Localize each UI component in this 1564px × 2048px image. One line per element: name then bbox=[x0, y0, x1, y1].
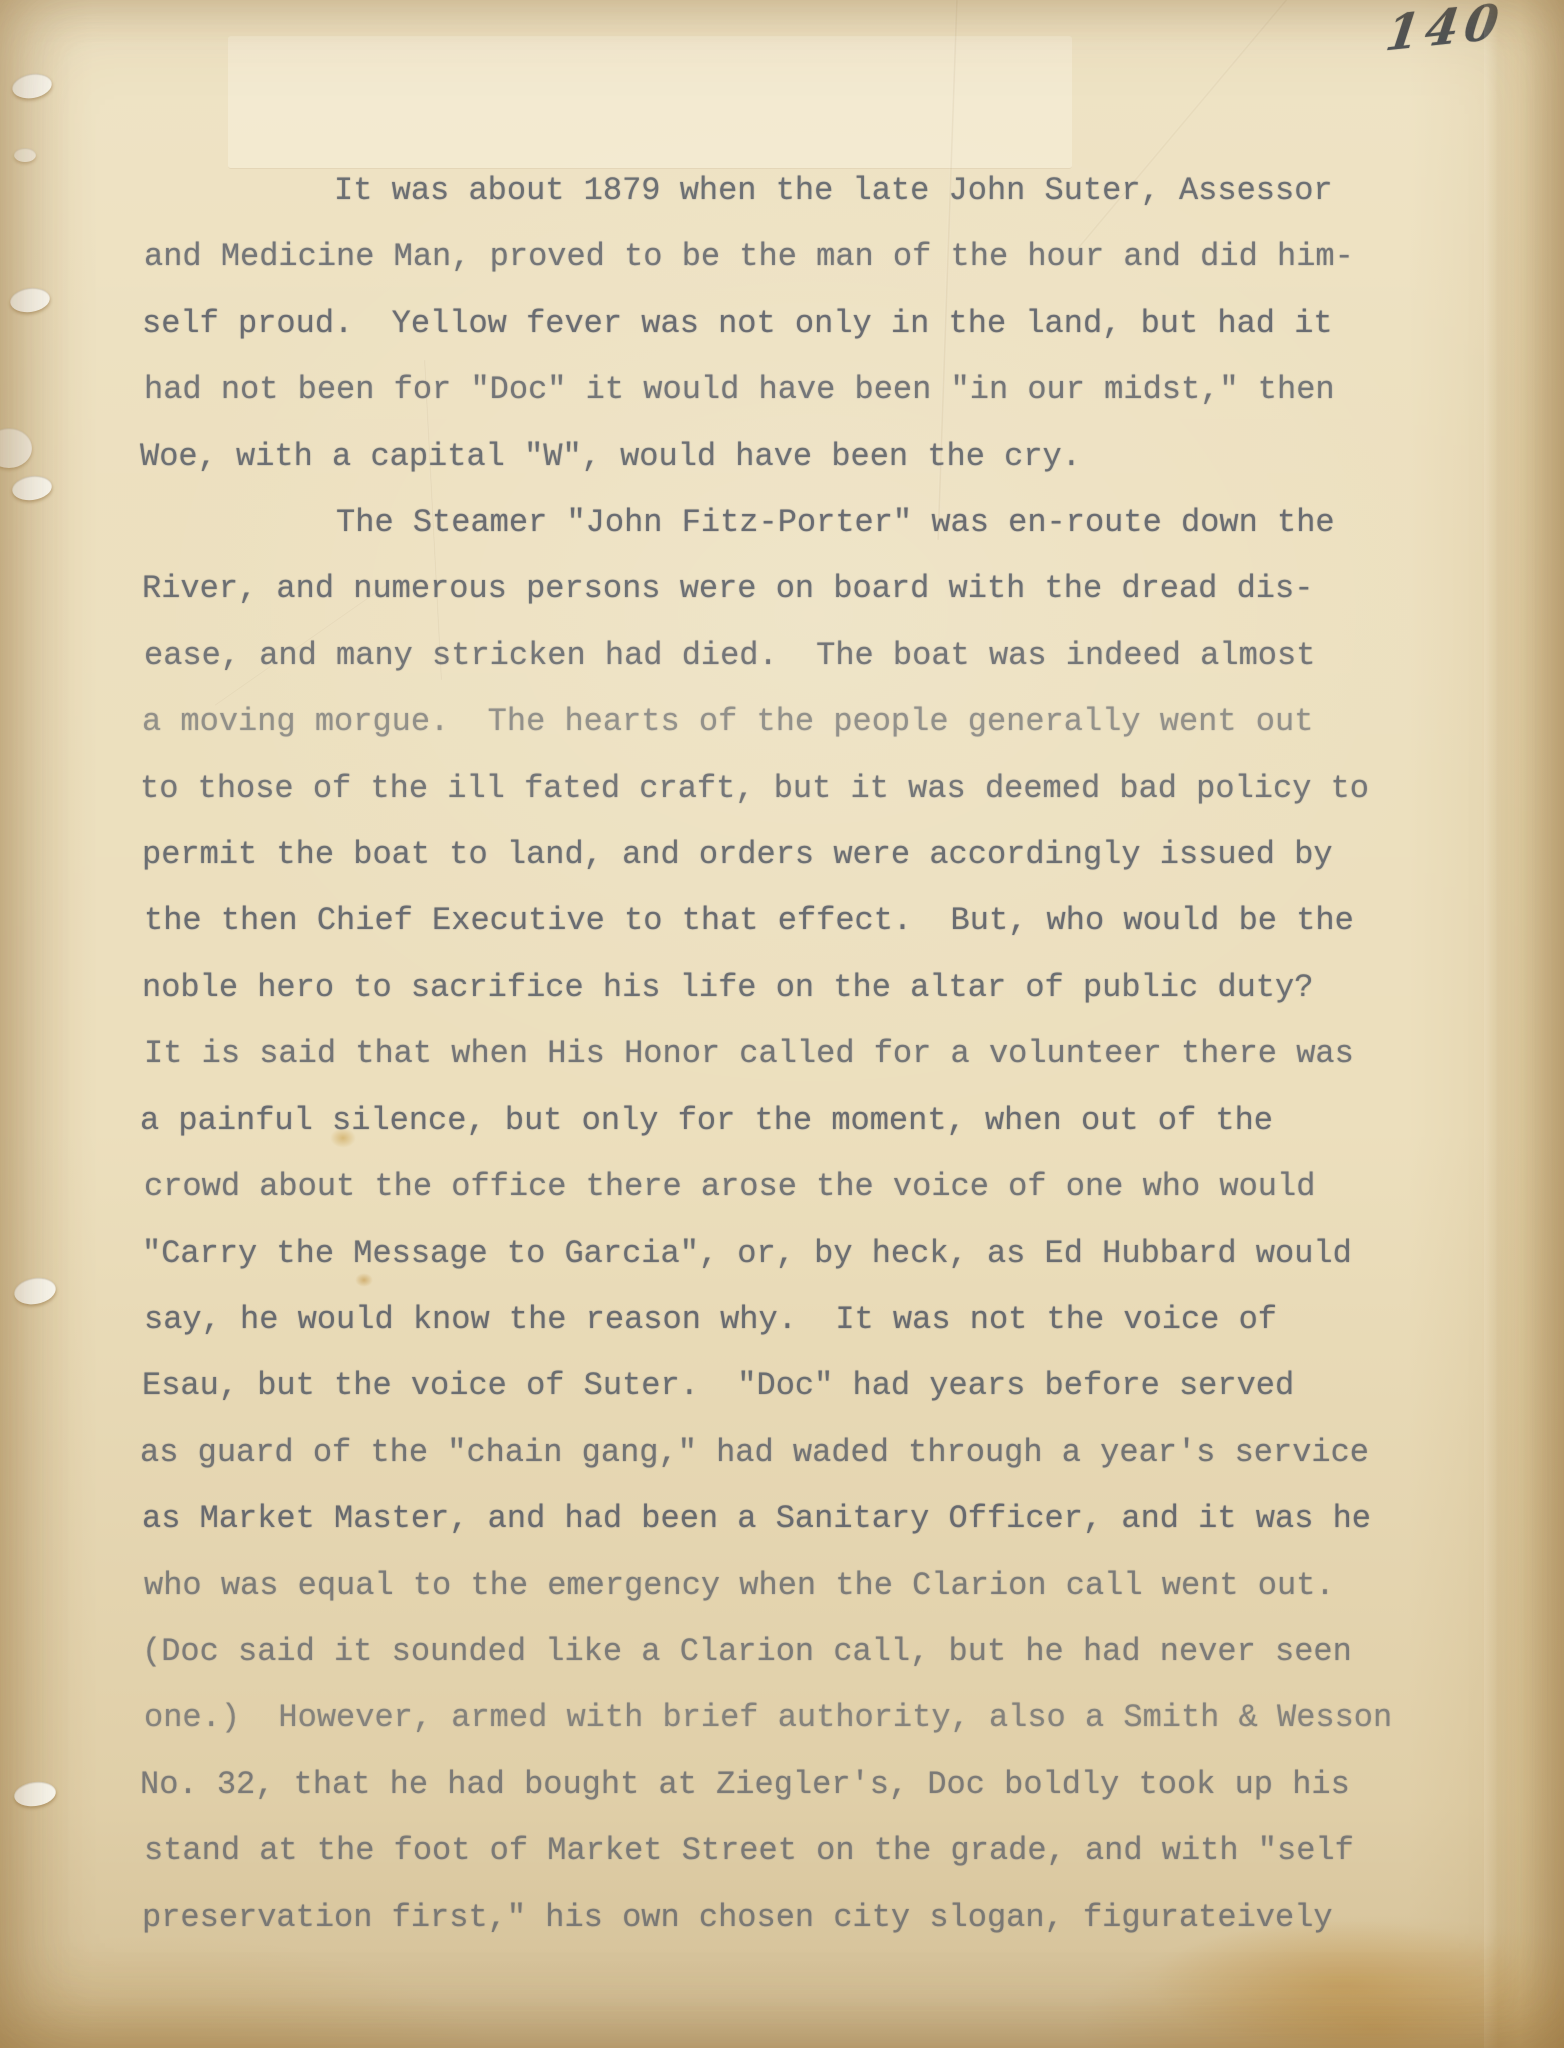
text-line: It is said that when His Honor called fo… bbox=[144, 1021, 1474, 1087]
page-edge-fold bbox=[1484, 0, 1564, 2048]
text-line: the then Chief Executive to that effect.… bbox=[144, 888, 1474, 954]
hole-punch bbox=[11, 473, 54, 502]
hole-punch bbox=[14, 148, 36, 162]
text-line: preservation first," his own chosen city… bbox=[142, 1885, 1472, 1951]
text-line: It was about 1879 when the late John Sut… bbox=[142, 158, 1472, 224]
text-line: permit the boat to land, and orders were… bbox=[142, 822, 1472, 888]
text-line: No. 32, that he had bought at Ziegler's,… bbox=[140, 1752, 1470, 1818]
text-line: Esau, but the voice of Suter. "Doc" had … bbox=[142, 1353, 1472, 1419]
text-line: noble hero to sacrifice his life on the … bbox=[142, 955, 1472, 1021]
hole-punch bbox=[12, 1275, 58, 1308]
text-line: had not been for "Doc" it would have bee… bbox=[144, 357, 1474, 423]
typewritten-text: It was about 1879 when the late John Sut… bbox=[142, 158, 1472, 1951]
hole-punch bbox=[10, 71, 54, 102]
text-line: Woe, with a capital "W", would have been… bbox=[140, 424, 1470, 490]
text-line: River, and numerous persons were on boar… bbox=[142, 556, 1472, 622]
text-line: "Carry the Message to Garcia", or, by he… bbox=[142, 1221, 1472, 1287]
text-line: a painful silence, but only for the mome… bbox=[140, 1088, 1470, 1154]
paper-tape-patch bbox=[228, 36, 1072, 169]
text-line: one.) However, armed with brief authorit… bbox=[144, 1685, 1474, 1751]
text-line: who was equal to the emergency when the … bbox=[144, 1553, 1474, 1619]
text-line: to those of the ill fated craft, but it … bbox=[140, 756, 1470, 822]
text-line: and Medicine Man, proved to be the man o… bbox=[144, 224, 1474, 290]
text-line: ease, and many stricken had died. The bo… bbox=[144, 623, 1474, 689]
text-line: as guard of the "chain gang," had waded … bbox=[140, 1420, 1470, 1486]
hole-punch bbox=[13, 1779, 58, 1809]
text-line: self proud. Yellow fever was not only in… bbox=[142, 291, 1472, 357]
typewritten-document-page: 140 It was about 1879 when the late John… bbox=[0, 0, 1564, 2048]
hole-punch bbox=[9, 285, 52, 314]
text-line: crowd about the office there arose the v… bbox=[144, 1154, 1474, 1220]
text-line: stand at the foot of Market Street on th… bbox=[144, 1818, 1474, 1884]
text-line: as Market Master, and had been a Sanitar… bbox=[142, 1486, 1472, 1552]
text-line: The Steamer "John Fitz-Porter" was en-ro… bbox=[144, 490, 1474, 556]
text-line: (Doc said it sounded like a Clarion call… bbox=[142, 1619, 1472, 1685]
text-line: a moving morgue. The hearts of the peopl… bbox=[142, 689, 1472, 755]
text-line: say, he would know the reason why. It wa… bbox=[144, 1287, 1474, 1353]
hole-punch bbox=[0, 428, 32, 468]
